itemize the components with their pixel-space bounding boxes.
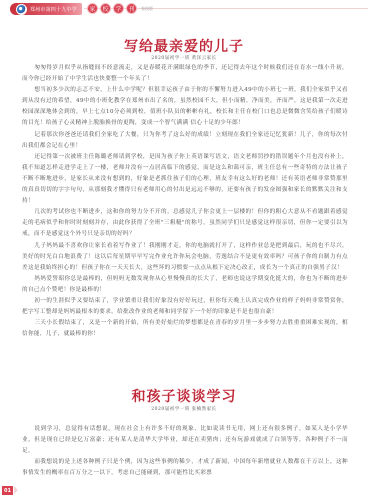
badge-3: 学 [113,3,124,14]
school-name: 郑州市第四十九中学 [30,6,77,13]
paragraph: 想当初多少次的忐忑不安，上什么中学呢？但很幸运孩子由于你的不懈努力进入49中的小… [22,85,348,129]
article-1-body: 匆匆得岁月似乎从指缝间不经意流走，又是春暖花开满眼绿色的季节，还记得去年这个时候… [22,63,348,340]
school-tab: 郑州市第四十九中学 [10,3,82,15]
article-1-title: 写给最亲爱的儿子 [0,36,368,56]
paragraph: 儿子妈妈最不喜欢你让家长看着写作业了！我刚刚才走，你的电脑就打开了，这样作业总是… [22,241,348,274]
article-2-body: 说到学习，总觉得有话想说，现在社会上有许多不好的现象，比如说读书无用，网上还有很… [22,424,348,479]
page-number-arrow-icon [14,486,18,494]
badge-1: 家 [87,3,98,14]
article-1-byline: 2020届初学一班 黄泽云家长 [0,55,368,61]
paragraph: 初一的生涯似乎又要结束了，学业繁重让我们好象没有好好玩过，但你每天晚上认真完成作… [22,296,348,318]
paragraph: 说到学习，总觉得有话想说，现在社会上有许多不好的现象，比如说读书无用，网上还有很… [22,424,348,457]
page-number: 01 [2,486,13,495]
paragraph: 记着那次你爸爸还请我们全家吃了大餐，只为你考了这么好的成绩！立刻现在我们全家还记… [22,130,348,152]
article-2-byline: 2020届初学一班 张楠然家长 [0,406,368,412]
school-logo-icon [16,4,27,15]
paragraph: 妈妈爱誓昭你总是最棒的，但妈妈无数发现你从心里慢慢真的长大了，老师也说这学期变化… [22,274,348,296]
paragraph: 三天小长假结束了，又是一个新的开始，所有美好灿烂的梦想都是在青春的岁月里一步步努… [22,318,348,340]
badge-subtitle: 家校版 [141,6,153,12]
paragraph: 匆匆得岁月似乎从指缝间不经意流走，又是春暖花开满眼绿色的季节，还记得去年这个时候… [22,63,348,85]
section-badges: 家 校 学 刊 家校版 [87,3,153,14]
article-2-title: 和孩子谈谈学习 [0,386,368,406]
paragraph: 还记得第一次被班主任陈璐老师请到学校，是因为孩子你上英语课写语文，语文老师罚抄的… [22,152,348,207]
badge-4: 刊 [126,3,137,14]
paragraph: 而我想说的是上述各种例子只是个例，因为这些事例的稀少，才成了新闻，中国每年新增就… [22,457,348,479]
header-band: 郑州市第四十九中学 家 校 学 刊 家校版 [0,0,368,18]
paragraph: 几次的考试你也不断进步，这和你的努力分不开的，总感觉儿子你会更上一层楼的！但你的… [22,207,348,240]
badge-2: 校 [100,3,111,14]
